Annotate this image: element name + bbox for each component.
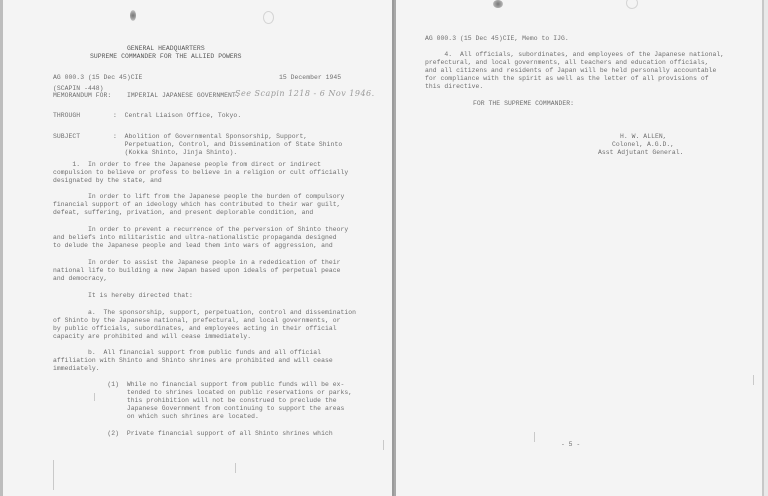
body-line: compulsion to believe or profess to beli…	[53, 169, 348, 177]
body-line: and beliefs into militaristic and ultra-…	[53, 234, 337, 242]
closing-line: FOR THE SUPREME COMMANDER:	[473, 100, 574, 108]
document-page-left: GENERAL HEADQUARTERS SUPREME COMMANDER F…	[0, 0, 393, 496]
memo-for-value: IMPERIAL JAPANESE GOVERNMENT.	[127, 92, 240, 100]
signature-title: Asst Adjutant General.	[598, 149, 683, 157]
through-label: THROUGH	[53, 112, 80, 120]
body-line: and democracy,	[53, 275, 107, 283]
body-line: designated by the state, and	[53, 177, 162, 185]
body-line: to delude the Japanese people and lead t…	[53, 242, 333, 250]
document-page-right: AG 000.3 (15 Dec 45)CIE, Memo to IJG. 4.…	[394, 0, 764, 496]
body-line: defeat, suffering, privation, and presen…	[53, 209, 313, 217]
body-line: (2) Private financial support of all Shi…	[53, 430, 333, 438]
reference-number: AG 000.3 (15 Dec 45)CIE	[53, 74, 142, 82]
body-line: national life to building a new Japan ba…	[53, 267, 341, 275]
margin-mark	[53, 460, 54, 490]
signature-rank: Colonel, A.G.D.,	[612, 141, 674, 149]
memo-for-label: MEMORANDUM FOR:	[53, 92, 111, 100]
page-number: - 5 -	[561, 441, 580, 448]
subject-line: Perpetuation, Control, and Dissemination…	[113, 141, 342, 149]
body-line: for compliance with the spirit as well a…	[425, 75, 709, 83]
body-line: this directive.	[425, 83, 483, 91]
punch-hole-icon	[263, 11, 274, 24]
margin-mark	[534, 432, 535, 442]
punch-hole-icon	[130, 10, 136, 21]
through-value: : Central Liaison Office, Tokyo.	[113, 112, 241, 120]
body-line: financial support of an ideology which h…	[53, 201, 341, 209]
body-line: affiliation with Shinto and Shinto shrin…	[53, 357, 333, 365]
subject-line: : Abolition of Governmental Sponsorship,…	[113, 133, 307, 141]
body-line: tended to shrines located on public rese…	[53, 389, 352, 397]
body-line: immediately.	[53, 365, 100, 373]
body-line: In order to prevent a recurrence of the …	[53, 226, 348, 234]
body-line: capacity are prohibited and will cease i…	[53, 333, 251, 341]
punch-hole-icon	[493, 0, 503, 8]
body-line: 1. In order to free the Japanese people …	[53, 161, 321, 169]
body-line: this prohibition will not be construed t…	[53, 397, 337, 405]
body-line: In order to assist the Japanese people i…	[53, 259, 341, 267]
body-line: (1) While no financial support from publ…	[53, 381, 344, 389]
memo-date: 15 December 1945	[279, 74, 341, 82]
margin-mark	[753, 375, 754, 385]
body-line: of Shinto by the Japanese national, pref…	[53, 317, 341, 325]
signature-name: H. W. ALLEN,	[620, 133, 667, 141]
body-line: In order to lift from the Japanese peopl…	[53, 193, 344, 201]
body-line: and all citizens and residents of Japan …	[425, 67, 716, 75]
subject-label: SUBJECT	[53, 133, 80, 141]
margin-mark	[94, 393, 95, 401]
body-line: b. All financial support from public fun…	[53, 349, 321, 357]
body-line: It is hereby directed that:	[53, 292, 193, 300]
handwritten-note: See Scapin 1218 - 6 Nov 1946.	[235, 89, 375, 98]
body-line: by public officials, subordinates, and e…	[53, 325, 337, 333]
body-line: Japanese Government from continuing to s…	[53, 405, 344, 413]
body-line: 4. All officials, subordinates, and empl…	[425, 51, 724, 59]
reference-number: AG 000.3 (15 Dec 45)CIE, Memo to IJG.	[425, 35, 569, 43]
subject-line: (Kokka Shinto, Jinja Shinto).	[113, 149, 237, 157]
header-line-1: GENERAL HEADQUARTERS	[127, 45, 205, 53]
header-line-2: SUPREME COMMANDER FOR THE ALLIED POWERS	[90, 53, 242, 61]
body-line: on which such shrines are located.	[53, 413, 259, 421]
body-line: a. The sponsorship, support, perpetuatio…	[53, 309, 356, 317]
body-line: prefectural, and local governments, all …	[425, 59, 709, 67]
margin-mark	[235, 463, 236, 473]
punch-hole-icon	[626, 0, 638, 9]
margin-mark	[383, 440, 384, 450]
